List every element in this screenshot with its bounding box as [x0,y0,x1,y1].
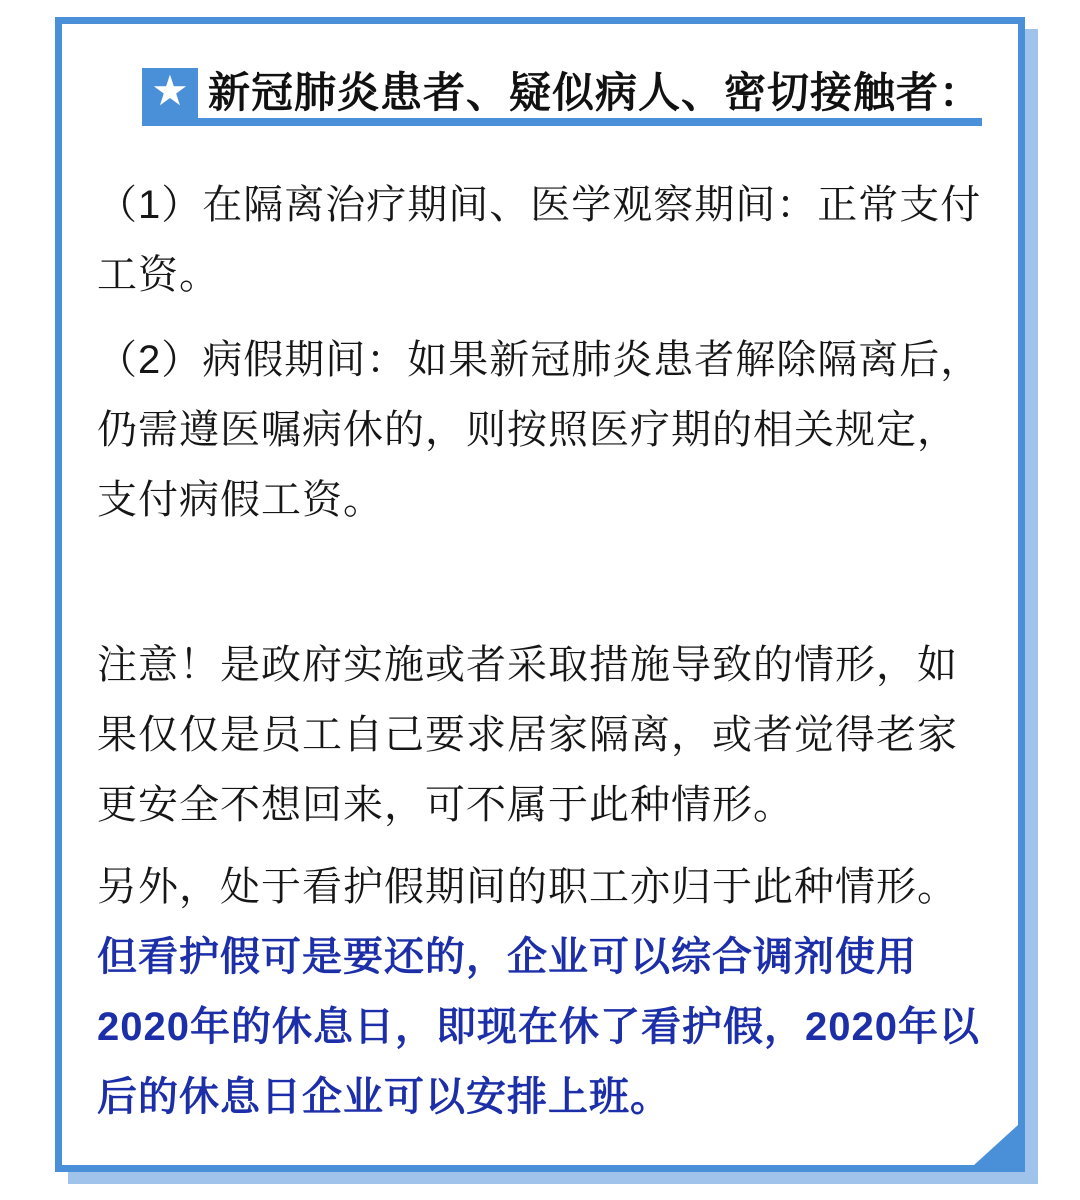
paragraph: （2）病假期间：如果新冠肺炎患者解除隔离后，仍需遵医嘱病休的，则按照医疗期的相关… [97,325,986,535]
header-row: ★ 新冠肺炎患者、疑似病人、密切接触者： [142,68,982,118]
info-card: ★ 新冠肺炎患者、疑似病人、密切接触者： （1）在隔离治疗期间、医学观察期间：正… [55,17,1025,1172]
paragraph: 另外，处于看护假期间的职工亦归于此种情形。 [97,852,986,922]
page: ★ 新冠肺炎患者、疑似病人、密切接触者： （1）在隔离治疗期间、医学观察期间：正… [0,0,1080,1200]
card-body: （1）在隔离治疗期间、医学观察期间：正常支付工资。（2）病假期间：如果新冠肺炎患… [97,170,986,1132]
star-icon: ★ [142,68,198,118]
section-header: ★ 新冠肺炎患者、疑似病人、密切接触者： [142,68,982,126]
header-underline [142,118,982,126]
star-icon-glyph: ★ [151,70,189,112]
paragraph: 注意！是政府实施或者采取措施导致的情形，如果仅仅是员工自己要求居家隔离，或者觉得… [97,630,986,840]
section-title: 新冠肺炎患者、疑似病人、密切接触者： [208,68,982,118]
paragraph-emphasis: 但看护假可是要还的，企业可以综合调剂使用2020年的休息日，即现在休了看护假，2… [97,922,986,1132]
paragraph: （1）在隔离治疗期间、医学观察期间：正常支付工资。 [97,170,986,310]
folded-corner-decoration [974,1125,1018,1165]
